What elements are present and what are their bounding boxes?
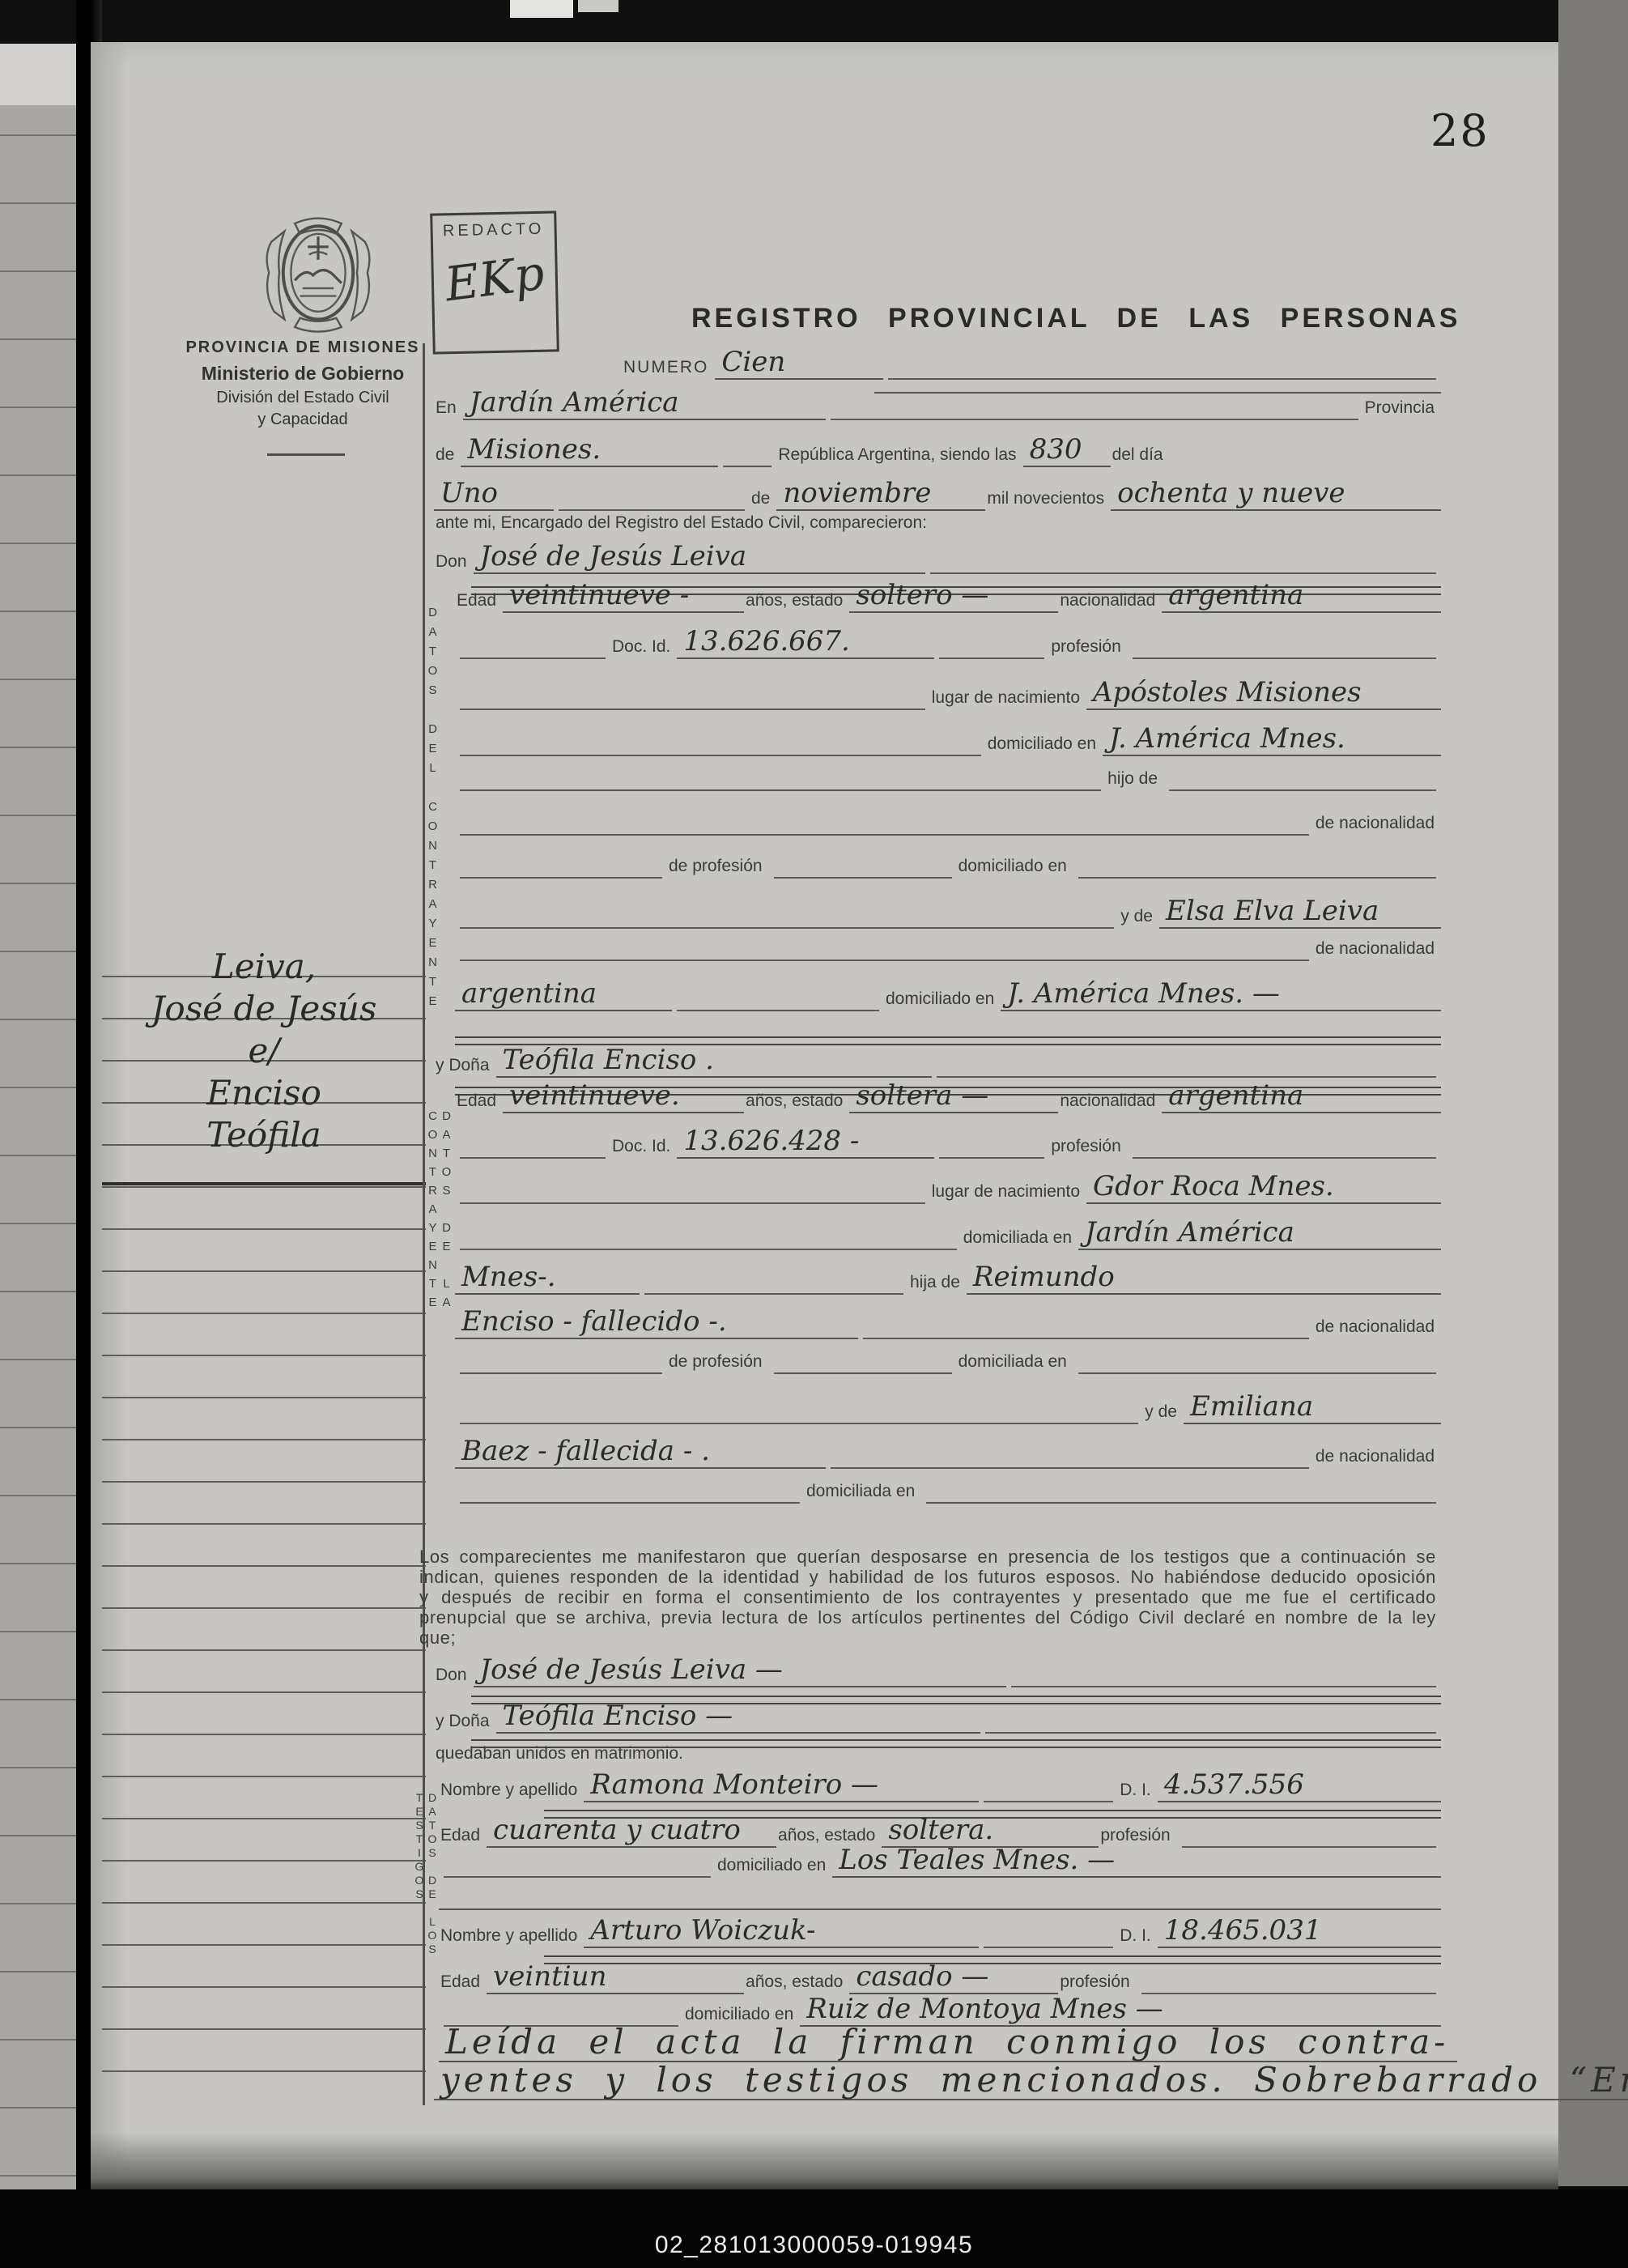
vow-bride-row: y Doña Teófila Enciso — <box>434 1702 1441 1734</box>
profesion-label: profesión <box>1049 637 1127 659</box>
witness1-estado-value: soltera. <box>882 1816 1099 1848</box>
record-number-row: NUMERO Cien <box>622 348 1441 380</box>
groom-address-value: J. América Mnes. <box>1103 725 1441 756</box>
nombre-apellido-label: Nombre y apellido <box>439 1781 584 1802</box>
witness2-estado-value: casado — <box>849 1963 1058 1994</box>
bride-address-row: domiciliada en Jardín América <box>455 1219 1441 1250</box>
anos-estado-label: años, estado <box>744 1972 849 1994</box>
section-label-witnesses: DATOS DE LOS TESTIGOS <box>413 1791 439 2058</box>
letterhead-province: PROVINCIA DE MISIONES <box>162 338 444 357</box>
edad-label: Edad <box>455 591 503 613</box>
hijo-de-label: hijo de <box>1106 769 1164 791</box>
don-label: Don <box>434 1666 474 1687</box>
letterhead-ministry: Ministerio de Gobierno <box>162 363 444 385</box>
letterhead-rule <box>267 453 345 456</box>
groom-estado-value: soltero — <box>849 581 1058 613</box>
en-label: En <box>434 398 463 420</box>
groom-father-profession-row: de profesión domiciliado en <box>455 857 1441 879</box>
de-profesion-label: de profesión <box>667 857 769 879</box>
bride-father-row: Mnes-. hija de Reimundo <box>455 1263 1441 1295</box>
del-dia-label: del día <box>1111 445 1170 467</box>
witness1-address-value: Los Teales Mnes. — <box>832 1846 1441 1878</box>
groom-address-row: domiciliado en J. América Mnes. <box>455 725 1441 756</box>
witness2-di-value: 18.465.031 <box>1158 1917 1441 1948</box>
de-nacionalidad-label: de nacionalidad <box>1314 814 1441 836</box>
bride-mother-value: Emiliana <box>1184 1393 1441 1424</box>
vow-groom-row: Don José de Jesús Leiva — <box>434 1656 1441 1687</box>
bride-birthplace-row: lugar de nacimiento Gdor Roca Mnes. <box>455 1172 1441 1204</box>
bride-age-row: Edad veintinueve. años, estado soltera —… <box>455 1082 1441 1113</box>
domiciliado-label: domiciliado en <box>957 857 1073 879</box>
margin-heavy-rule <box>102 1182 426 1185</box>
domiciliada-label: domiciliada en <box>805 1482 921 1504</box>
edad-label: Edad <box>439 1826 487 1848</box>
nacionalidad-label: nacionalidad <box>1058 1091 1162 1113</box>
domiciliada-label: domiciliada en <box>957 1352 1073 1374</box>
groom-father-nationality-row: de nacionalidad <box>455 814 1441 836</box>
scanner-background-right <box>1558 0 1628 2186</box>
groom-mother-value: Elsa Elva Leiva <box>1159 897 1441 929</box>
bride-father-surname-row: Enciso - fallecido -. de nacionalidad <box>455 1308 1441 1339</box>
vow-groom-name: José de Jesús Leiva — <box>474 1656 1006 1687</box>
groom-age-row: Edad veintinueve - años, estado soltero … <box>455 581 1441 613</box>
de-profesion-label: de profesión <box>667 1352 769 1374</box>
nacionalidad-label: nacionalidad <box>1058 591 1162 613</box>
section-label-groom: DATOS DEL CONTRAYENTE <box>426 599 440 1020</box>
domiciliado-label: domiciliado en <box>884 989 1001 1011</box>
scanned-registry-page: { "page_number": "28", "scan_code": "02_… <box>0 0 1628 2268</box>
domiciliado-label: domiciliado en <box>716 1856 832 1878</box>
groom-name-row: Don José de Jesús Leiva <box>434 543 1441 574</box>
profesion-label: profesión <box>1049 1137 1127 1159</box>
groom-mother-nationality-row: de nacionalidad <box>455 939 1441 961</box>
bride-age-value: veintinueve. <box>503 1082 744 1113</box>
doc-id-label: Doc. Id. <box>610 637 677 659</box>
groom-birthplace-value: Apóstoles Misiones <box>1086 679 1441 710</box>
anos-estado-label: años, estado <box>744 1091 849 1113</box>
di-label: D. I. <box>1118 1781 1158 1802</box>
witness2-age-value: veintiun <box>487 1963 744 1994</box>
page-number: 28 <box>1430 105 1490 156</box>
bride-mother-surname-value: Baez - fallecida - . <box>455 1437 826 1469</box>
y-dona-label: y Doña <box>434 1056 496 1078</box>
groom-father-row: hijo de <box>455 769 1441 791</box>
united-label: quedaban unidos en matrimonio. <box>434 1744 690 1766</box>
place-value: Jardín América <box>463 389 826 420</box>
domiciliada-label: domiciliada en <box>962 1228 1078 1250</box>
mother-address-value: J. América Mnes. — <box>1001 980 1441 1011</box>
witness1-name-value: Ramona Monteiro — <box>584 1771 979 1802</box>
bride-father-surname-value: Enciso - fallecido -. <box>455 1308 858 1339</box>
y-de-label: y de <box>1143 1402 1184 1424</box>
bride-address-cont-value: Mnes-. <box>455 1263 640 1295</box>
groom-age-value: veintinueve - <box>503 581 744 613</box>
margin-note-surname: Leiva, <box>102 947 426 986</box>
closing-line1: Leída el acta la firman conmigo los cont… <box>439 2024 1457 2062</box>
profesion-label: profesión <box>1058 1972 1136 1994</box>
witness2-name-row: Nombre y apellido Arturo Woiczuk- D. I. … <box>439 1917 1441 1948</box>
date-row: Uno de noviembre mil novecientos ochenta… <box>434 479 1441 511</box>
letterhead-division: División del Estado Civil <box>162 389 444 407</box>
hija-de-label: hija de <box>908 1273 967 1295</box>
coat-of-arms-emblem <box>253 215 383 335</box>
bride-address-value: Jardín América <box>1078 1219 1441 1250</box>
numero-label: NUMERO <box>622 358 715 380</box>
bride-mother-address-row: domiciliada en <box>455 1482 1441 1504</box>
bride-mother-surname-row: Baez - fallecida - . de nacionalidad <box>455 1437 1441 1469</box>
day-value: Uno <box>434 479 554 511</box>
anos-estado-label: años, estado <box>744 591 849 613</box>
y-dona-label: y Doña <box>434 1712 496 1734</box>
margin-note-groom-given: José de Jesús <box>102 989 426 1028</box>
record-number-value: Cien <box>715 348 883 380</box>
registry-page: 28 PROVINCIA DE MISIONES Ministerio de G… <box>91 42 1558 2189</box>
mil-label: mil novecientos <box>985 489 1111 511</box>
year-value: ochenta y nueve <box>1111 479 1441 511</box>
closing-line2-row: yentes y los testigos mencionados. Sobre… <box>434 2062 1441 2100</box>
bride-mother-row: y de Emiliana <box>455 1393 1441 1424</box>
de2-label: de <box>750 489 776 511</box>
witness1-age-value: cuarenta y cuatro <box>487 1816 776 1848</box>
bride-nacionalidad-value: argentina <box>1162 1082 1441 1113</box>
bride-father-value: Reimundo <box>967 1263 1441 1295</box>
edad-label: Edad <box>455 1091 503 1113</box>
lugar-nacimiento-label: lugar de nacimiento <box>930 1182 1086 1204</box>
margin-note-bride-given: Teófila <box>102 1115 426 1155</box>
groom-birthplace-row: lugar de nacimiento Apóstoles Misiones <box>455 679 1441 710</box>
groom-name-value: José de Jesús Leiva <box>474 543 925 574</box>
ante-mi-label: ante mi, Encargado del Registro del Esta… <box>434 513 933 535</box>
letterhead: PROVINCIA DE MISIONES Ministerio de Gobi… <box>162 338 444 432</box>
scanner-background-top <box>0 0 1628 44</box>
margin-note-bride-surname: Enciso <box>102 1073 426 1113</box>
y-de-label: y de <box>1119 907 1159 929</box>
groom-doc-value: 13.626.667. <box>677 628 934 659</box>
doc-id-label: Doc. Id. <box>610 1137 677 1159</box>
bride-doc-value: 13.626.428 - <box>677 1127 934 1159</box>
bride-name-value: Teófila Enciso . <box>496 1046 932 1078</box>
witness1-di-value: 4.537.556 <box>1158 1771 1441 1802</box>
di-label: D. I. <box>1118 1926 1158 1948</box>
groom-doc-row: Doc. Id. 13.626.667. profesión <box>455 628 1441 659</box>
lugar-nacimiento-label: lugar de nacimiento <box>930 688 1086 710</box>
province-row: de Misiones. República Argentina, siendo… <box>434 436 1441 467</box>
witness1-name-row: Nombre y apellido Ramona Monteiro — D. I… <box>439 1771 1441 1802</box>
scan-reference-code: 02_281013000059-019945 <box>0 2232 1628 2259</box>
letterhead-capacity: y Capacidad <box>162 411 444 429</box>
provincia-label: Provincia <box>1363 398 1441 420</box>
bride-father-profession-row: de profesión domiciliada en <box>455 1352 1441 1374</box>
bride-estado-value: soltera — <box>849 1082 1058 1113</box>
month-value: noviembre <box>776 479 985 511</box>
de-nacionalidad-label: de nacionalidad <box>1314 1317 1441 1339</box>
domiciliado-label: domiciliado en <box>986 734 1103 756</box>
don-label: Don <box>434 552 474 574</box>
closing-line1-row: Leída el acta la firman conmigo los cont… <box>439 2024 1441 2062</box>
witness-separator-line <box>439 1908 1441 1910</box>
groom-mother-row: y de Elsa Elva Leiva <box>455 897 1441 929</box>
bride-doc-row: Doc. Id. 13.626.428 - profesión <box>455 1127 1441 1159</box>
paper-clip-tab <box>510 0 573 18</box>
stamp-initials-signature: EKp <box>431 244 558 313</box>
witness2-age-row: Edad veintiun años, estado casado — prof… <box>439 1963 1441 1994</box>
groom-nacionalidad-value: argentina <box>1162 581 1441 613</box>
witness2-name-value: Arturo Woiczuk- <box>584 1917 979 1948</box>
vow-bride-name: Teófila Enciso — <box>496 1702 980 1734</box>
mother-nationality-value: argentina <box>455 980 672 1011</box>
place-row: En Jardín América Provincia <box>434 389 1441 420</box>
time-value: 830 <box>1023 436 1111 467</box>
bride-birthplace-value: Gdor Roca Mnes. <box>1086 1172 1441 1204</box>
de-nacionalidad-label: de nacionalidad <box>1314 939 1441 961</box>
edad-label: Edad <box>439 1972 487 1994</box>
republica-label: República Argentina, siendo las <box>776 445 1022 467</box>
nombre-apellido-label: Nombre y apellido <box>439 1926 584 1948</box>
paper-clip-tab-small <box>578 0 618 12</box>
de-label: de <box>434 445 461 467</box>
de-nacionalidad-label: de nacionalidad <box>1314 1447 1441 1469</box>
section-label-bride: DATOS DE LA CONTRAYENTE <box>426 1109 453 1522</box>
bride-name-row: y Doña Teófila Enciso . <box>434 1046 1441 1078</box>
stamp-label: REDACTO <box>432 219 554 240</box>
form-title: REGISTRO PROVINCIAL DE LAS PERSONAS <box>691 303 1420 334</box>
declaration-paragraph: Los comparecientes me manifestaron que q… <box>419 1547 1436 1648</box>
witness1-address-row: domiciliado en Los Teales Mnes. — <box>439 1846 1441 1878</box>
redacto-stamp: REDACTO EKp <box>430 211 559 354</box>
groom-mother-nationality-value-row: argentina domiciliado en J. América Mnes… <box>455 980 1441 1011</box>
margin-note-and: e/ <box>102 1031 426 1070</box>
witness1-age-row: Edad cuarenta y cuatro años, estado solt… <box>439 1816 1441 1848</box>
closing-line2: yentes y los testigos mencionados. Sobre… <box>434 2062 1628 2100</box>
united-row: quedaban unidos en matrimonio. <box>434 1744 1441 1766</box>
province-value: Misiones. <box>461 436 718 467</box>
ante-mi-row: ante mi, Encargado del Registro del Esta… <box>434 513 1441 535</box>
